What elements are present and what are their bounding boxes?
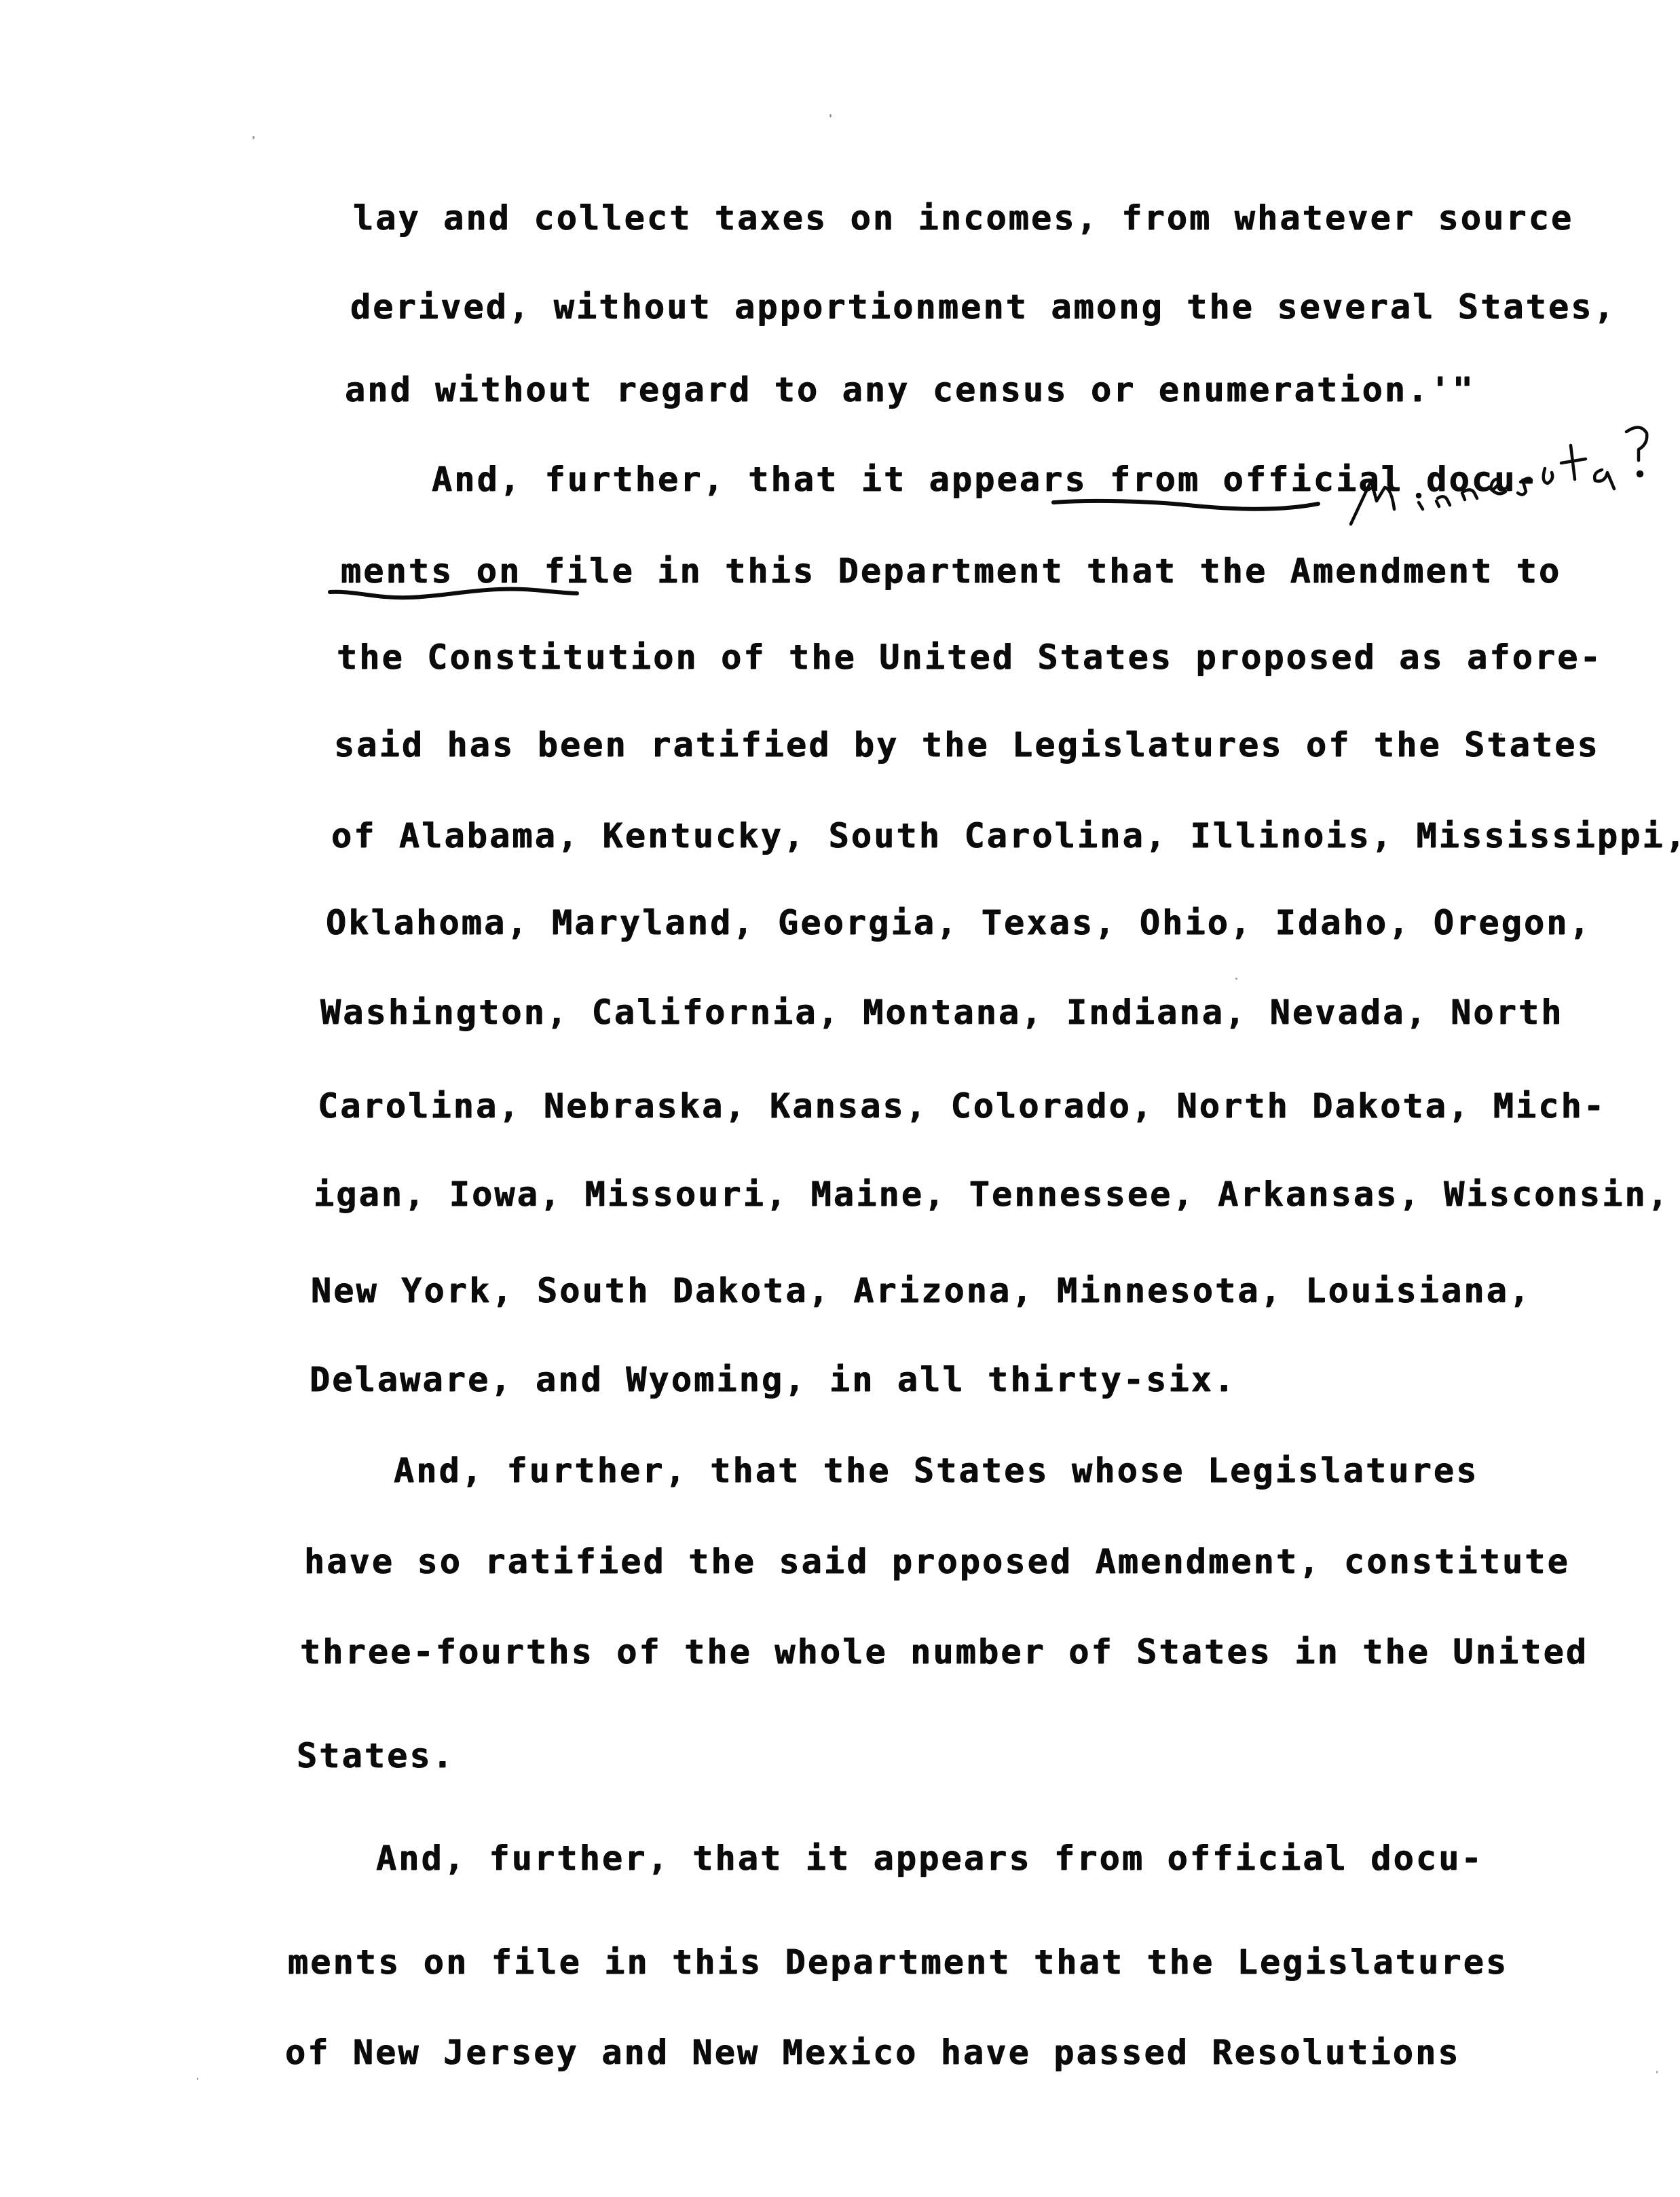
- text-line: ments on file in this Department that th…: [288, 1945, 1508, 1979]
- scan-speck: [1235, 978, 1237, 980]
- text-line: lay and collect taxes on incomes, from w…: [353, 201, 1573, 235]
- state-list-line: Delaware, and Wyoming, in all thirty-six…: [310, 1363, 1236, 1397]
- text-line: of New Jersey and New Mexico have passed…: [285, 2035, 1461, 2069]
- text-line: and without regard to any census or enum…: [345, 373, 1475, 407]
- document-page: lay and collect taxes on incomes, from w…: [0, 0, 1680, 2197]
- text-line: three-fourths of the whole number of Sta…: [300, 1635, 1588, 1669]
- scan-speck: [829, 114, 832, 117]
- state-list-line: Oklahoma, Maryland, Georgia, Texas, Ohio…: [326, 906, 1592, 940]
- state-list-line: Carolina, Nebraska, Kansas, Colorado, No…: [318, 1089, 1606, 1123]
- state-list-line: of Alabama, Kentucky, South Carolina, Il…: [331, 819, 1680, 853]
- text-line: States.: [297, 1739, 455, 1773]
- state-list-line: Washington, California, Montana, Indiana…: [320, 995, 1564, 1029]
- text-line: said has been ratified by the Legislatur…: [334, 728, 1600, 762]
- text-line: derived, without apportionment among the…: [350, 290, 1616, 324]
- scan-speck: [197, 2078, 198, 2080]
- handwritten-annotation: [1336, 407, 1675, 543]
- state-list-line: igan, Iowa, Missouri, Maine, Tennessee, …: [314, 1177, 1670, 1211]
- scan-speck: [1500, 733, 1502, 735]
- paragraph-first-line: And, further, that the States whose Legi…: [394, 1454, 1479, 1488]
- text-line: have so ratified the said proposed Amend…: [304, 1545, 1570, 1578]
- scan-speck: [1656, 2071, 1658, 2073]
- state-list-line: New York, South Dakota, Arizona, Minneso…: [311, 1274, 1531, 1308]
- paragraph-first-line: And, further, that it appears from offic…: [376, 1841, 1484, 1875]
- text-line: ments on file in this Department that th…: [341, 554, 1561, 588]
- text-line: the Constitution of the United States pr…: [337, 640, 1603, 674]
- scan-speck: [253, 136, 255, 139]
